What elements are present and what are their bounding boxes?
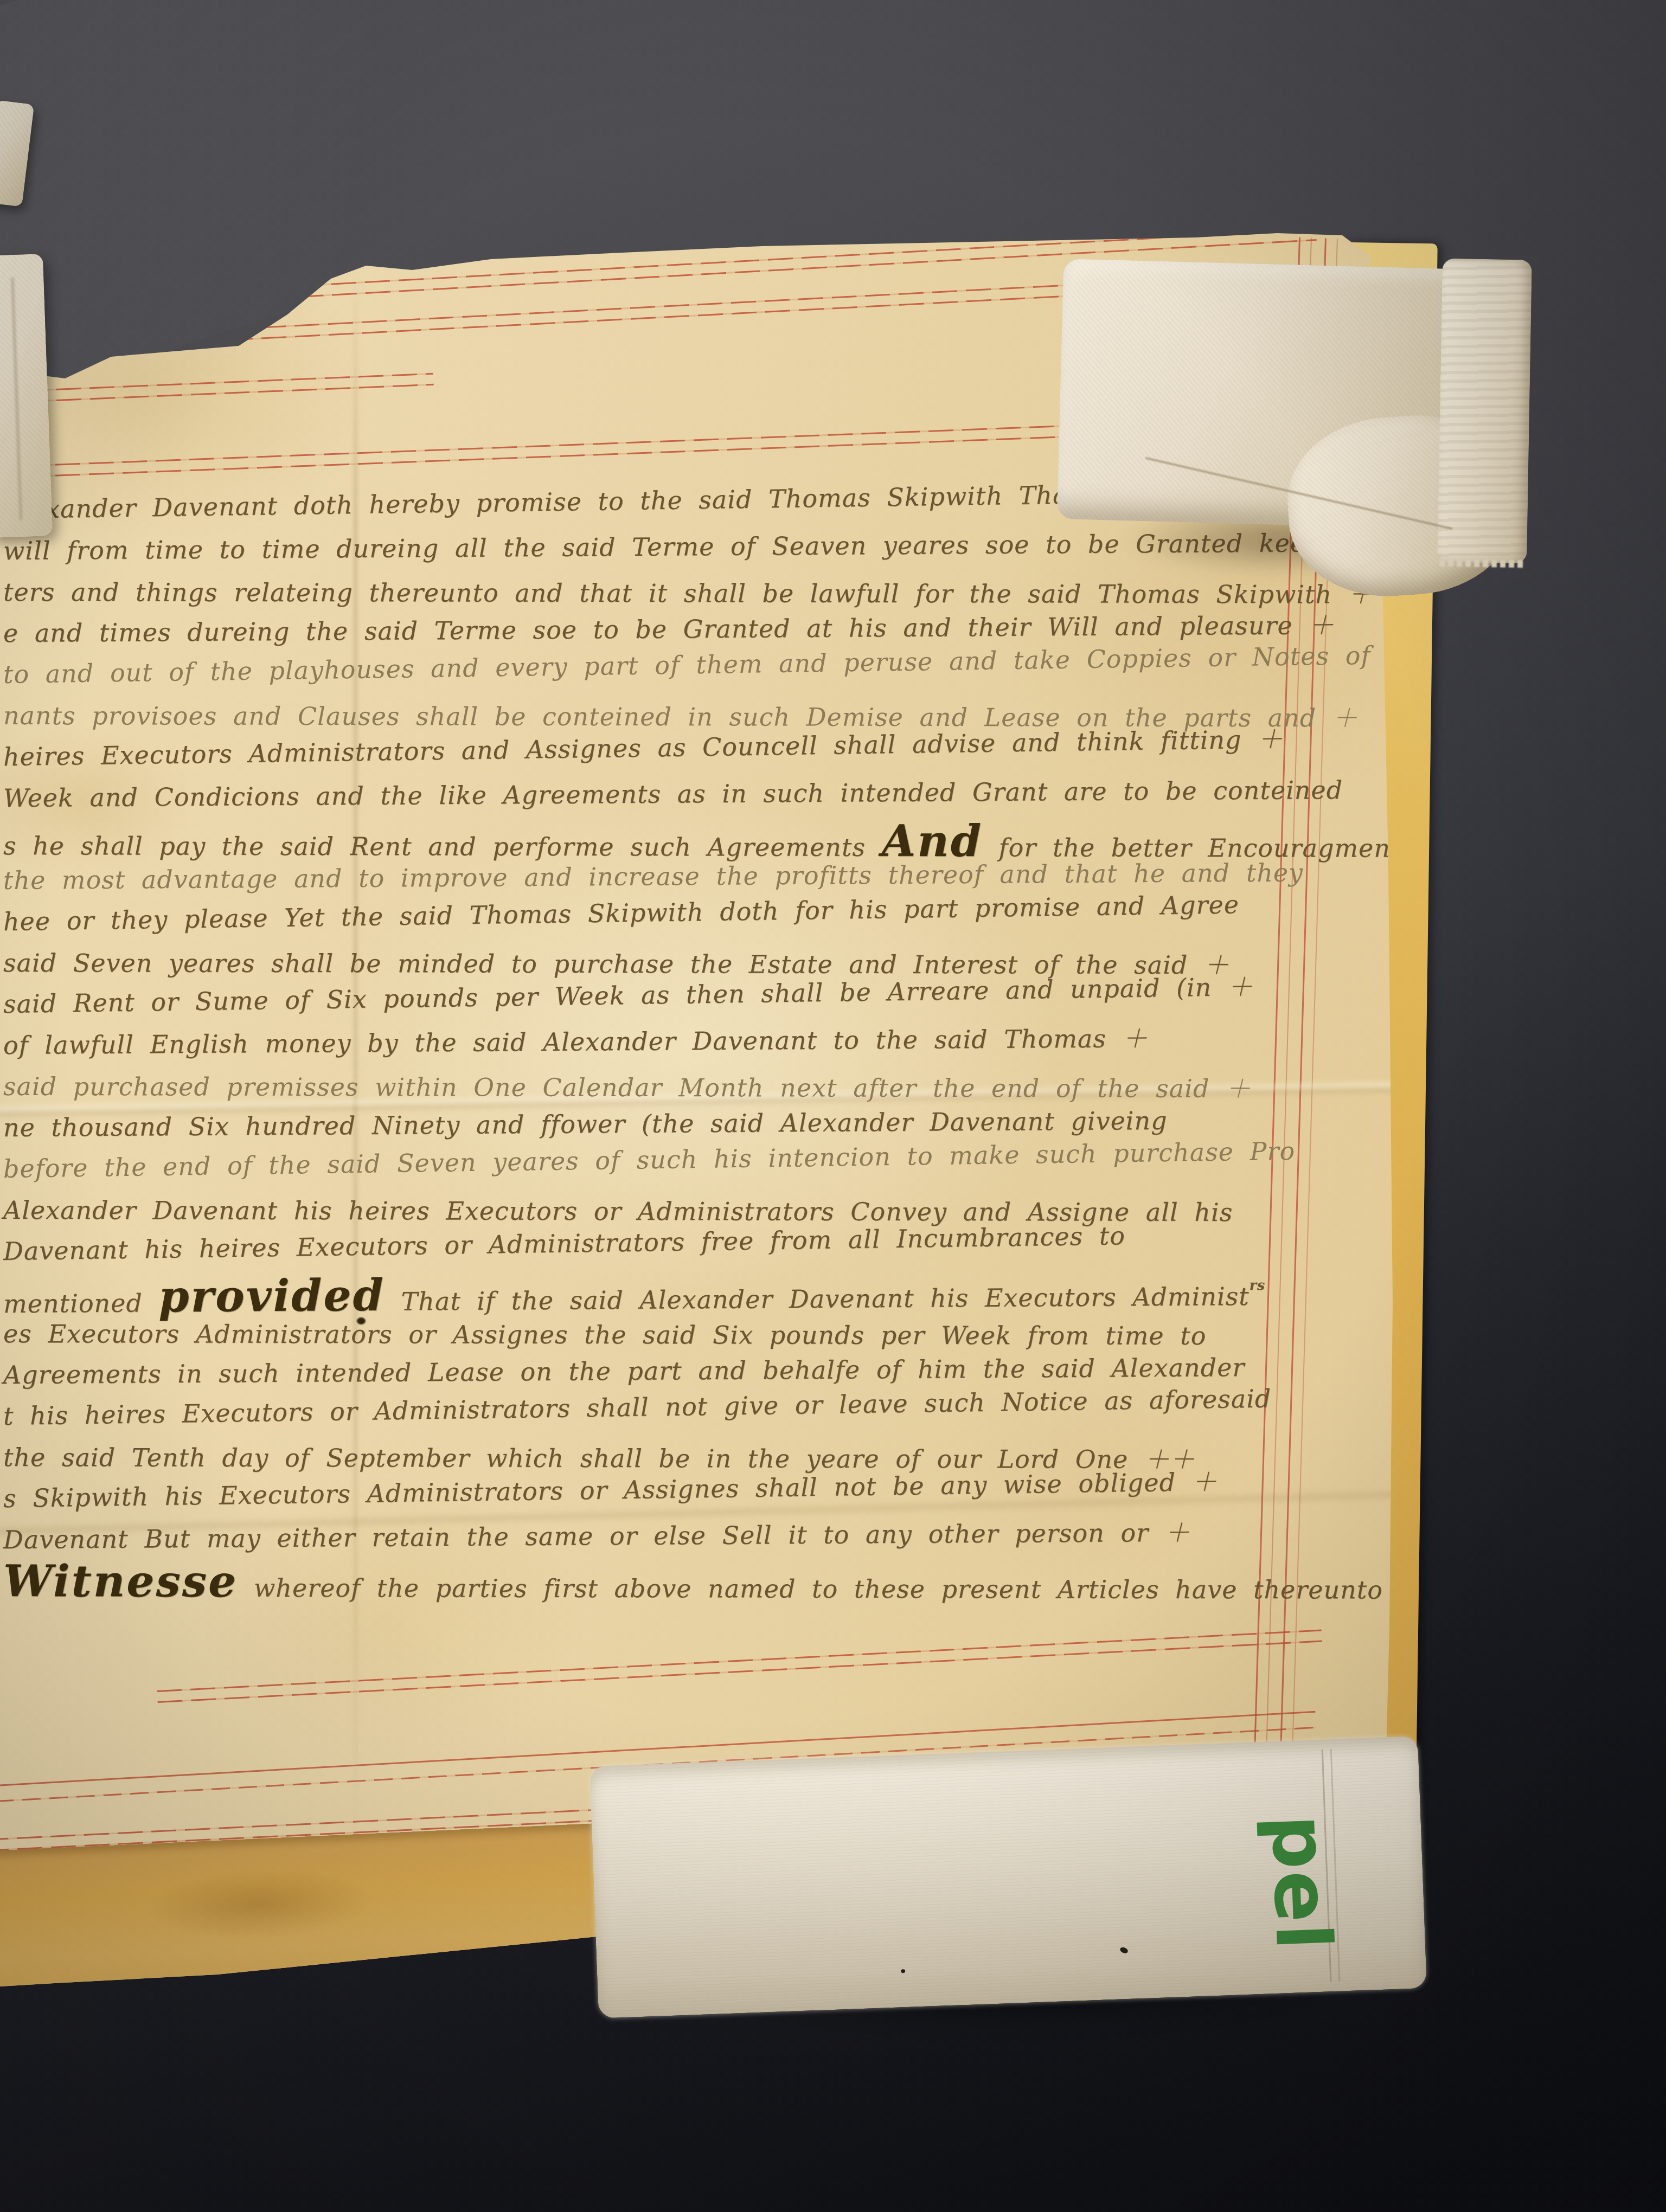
cloth-weight-bottom: pel: [589, 1736, 1427, 2018]
cloth-bag-cuff: [1437, 259, 1532, 564]
line-emphasis-word: Witnesse: [3, 1555, 238, 1607]
ink-blot: [357, 1317, 366, 1324]
photo-stage: Alexander Davenant doth hereby promise t…: [0, 0, 1666, 2212]
line-text: whereof the parties first above named to…: [238, 1573, 1383, 1605]
line-text: Week and Condicions and the like Agreeme…: [3, 775, 1343, 813]
pel-brand-label: pel: [1226, 1818, 1376, 1948]
line-text: es Executors Administrators or Assignes …: [3, 1319, 1206, 1351]
manuscript-text: Alexander Davenant doth hereby promise t…: [3, 489, 1370, 1602]
line-text: That if the said Alexander Davenant his …: [385, 1282, 1249, 1316]
cloth-weight-top-right: [1060, 254, 1537, 612]
manuscript-line: Week and Condicions and the like Agreeme…: [3, 769, 1370, 819]
red-ruling-bottom-1: [157, 1629, 1322, 1702]
line-superscript: rs: [1249, 1277, 1266, 1293]
line-text: Davenant But may either retain the same …: [3, 1518, 1190, 1554]
manuscript-line: mentioned provided That if the said Alex…: [3, 1264, 1370, 1313]
line-text: said purchased premisses within One Cale…: [3, 1072, 1251, 1103]
manuscript-line: Witnesse whereof the parties first above…: [3, 1560, 1370, 1604]
manuscript-line: Davenant But may either retain the same …: [3, 1511, 1370, 1560]
dark-speck: [901, 1969, 905, 1973]
dark-speck: [1119, 1946, 1129, 1954]
manuscript-line: of lawfull English money by the said Ale…: [3, 1017, 1370, 1066]
line-text: of lawfull English money by the said Ale…: [3, 1024, 1148, 1060]
